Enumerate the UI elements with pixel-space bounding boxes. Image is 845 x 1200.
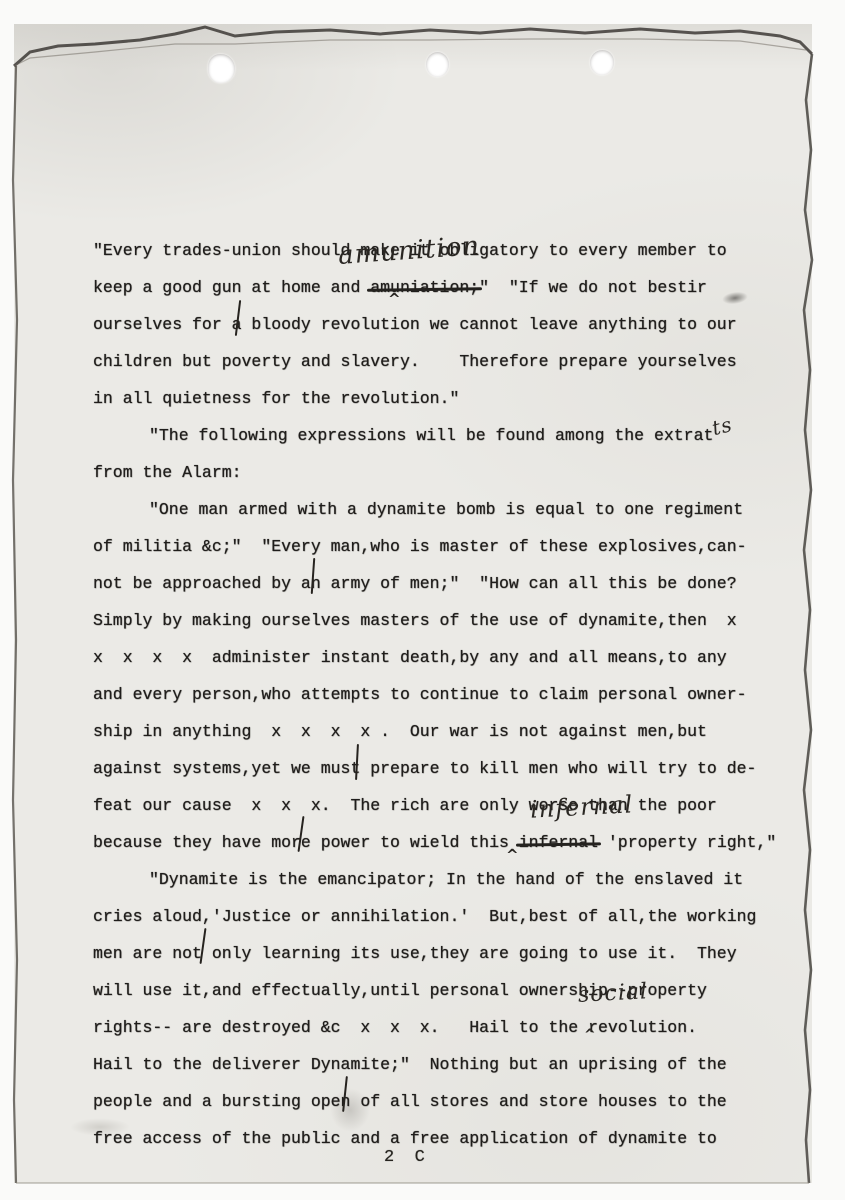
typed-line: people and a bursting open of all stores…: [93, 1083, 799, 1120]
typed-text-segment: " "If we do not bestir: [479, 278, 707, 297]
struck-out-text: amuniation;: [370, 278, 479, 297]
typed-text-segment: from the Alarm:: [93, 463, 242, 482]
typed-line: of militia &c;" "Every man,who is master…: [93, 528, 799, 565]
typed-line: feat our cause x x x. The rich are only …: [93, 787, 799, 824]
typed-line: because they have more power to wield th…: [93, 824, 799, 861]
typed-line: cries aloud,'Justice or annihilation.' B…: [93, 898, 799, 935]
typed-text-segment: children but poverty and slavery. Theref…: [93, 352, 737, 371]
typed-line: and every person,who attempts to continu…: [93, 676, 799, 713]
typed-text-segment: feat our cause x x x. The rich are only …: [93, 796, 717, 815]
typed-text-segment: "The following expressions will be found…: [149, 426, 713, 445]
typed-text-segment: ourselves for a bloody revolution we can…: [93, 315, 737, 334]
typed-line: against systems,yet we must prepare to k…: [93, 750, 799, 787]
typed-line: in all quietness for the revolution.": [93, 380, 799, 417]
punch-hole: [426, 52, 449, 77]
typed-text-segment: "Every trades-union should make it oblig…: [93, 241, 727, 260]
typed-line: "The following expressions will be found…: [93, 417, 799, 454]
typed-line: will use it,and effectually,until person…: [93, 972, 799, 1009]
typed-line: free access of the public and a free app…: [93, 1120, 799, 1157]
typed-line: keep a good gun at home and amuniation;"…: [93, 269, 799, 306]
typed-text-segment: free access of the public and a free app…: [93, 1129, 717, 1148]
typed-text-segment: ship in anything x x x x . Our war is no…: [93, 722, 707, 741]
typed-line: x x x x administer instant death,by any …: [93, 639, 799, 676]
typed-text-segment: "Dynamite is the emancipator; In the han…: [149, 870, 743, 889]
typed-text-segment: of militia &c;" "Every man,who is master…: [93, 537, 747, 556]
typed-line: children but poverty and slavery. Theref…: [93, 343, 799, 380]
typed-text-segment: "One man armed with a dynamite bomb is e…: [149, 500, 743, 519]
typed-line: not be approached by an army of men;" "H…: [93, 565, 799, 602]
typed-text-segment: x x x x administer instant death,by any …: [93, 648, 727, 667]
typed-line: ship in anything x x x x . Our war is no…: [93, 713, 799, 750]
typed-line: ourselves for a bloody revolution we can…: [93, 306, 799, 343]
typed-text-segment: because they have more power to wield th…: [93, 833, 519, 852]
typed-line: rights-- are destroyed &c x x x. Hail to…: [93, 1009, 799, 1046]
typed-text-segment: in all quietness for the revolution.": [93, 389, 459, 408]
typed-text-segment: not be approached by an army of men;" "H…: [93, 574, 737, 593]
typed-text-segment: rights-- are destroyed &c x x x. Hail to…: [93, 1018, 697, 1037]
punch-hole: [590, 50, 614, 75]
struck-out-text: infernal: [519, 833, 598, 852]
typed-line: Hail to the deliverer Dynamite;" Nothing…: [93, 1046, 799, 1083]
typed-text-segment: men are not only learning its use,they a…: [93, 944, 737, 963]
typed-text-segment: people and a bursting open of all stores…: [93, 1092, 727, 1111]
page-number: 2 C: [384, 1148, 425, 1167]
typed-line: "One man armed with a dynamite bomb is e…: [93, 491, 799, 528]
typed-text-segment: against systems,yet we must prepare to k…: [93, 759, 756, 778]
typed-line: Simply by making ourselves masters of th…: [93, 602, 799, 639]
typed-text-segment: cries aloud,'Justice or annihilation.' B…: [93, 907, 756, 926]
typed-line: men are not only learning its use,they a…: [93, 935, 799, 972]
typed-text-segment: keep a good gun at home and: [93, 278, 370, 297]
typed-text-segment: Hail to the deliverer Dynamite;" Nothing…: [93, 1055, 727, 1074]
typed-text-segment: 'property right,": [598, 833, 776, 852]
typed-text: "Every trades-union should make it oblig…: [93, 232, 799, 1157]
punch-hole: [208, 54, 235, 83]
typed-text-segment: Simply by making ourselves masters of th…: [93, 611, 737, 630]
typed-text-segment: will use it,and effectually,until person…: [93, 981, 707, 1000]
typed-text-segment: and every person,who attempts to continu…: [93, 685, 747, 704]
typed-line: "Every trades-union should make it oblig…: [93, 232, 799, 269]
typed-line: "Dynamite is the emancipator; In the han…: [93, 861, 799, 898]
typed-line: from the Alarm:: [93, 454, 799, 491]
